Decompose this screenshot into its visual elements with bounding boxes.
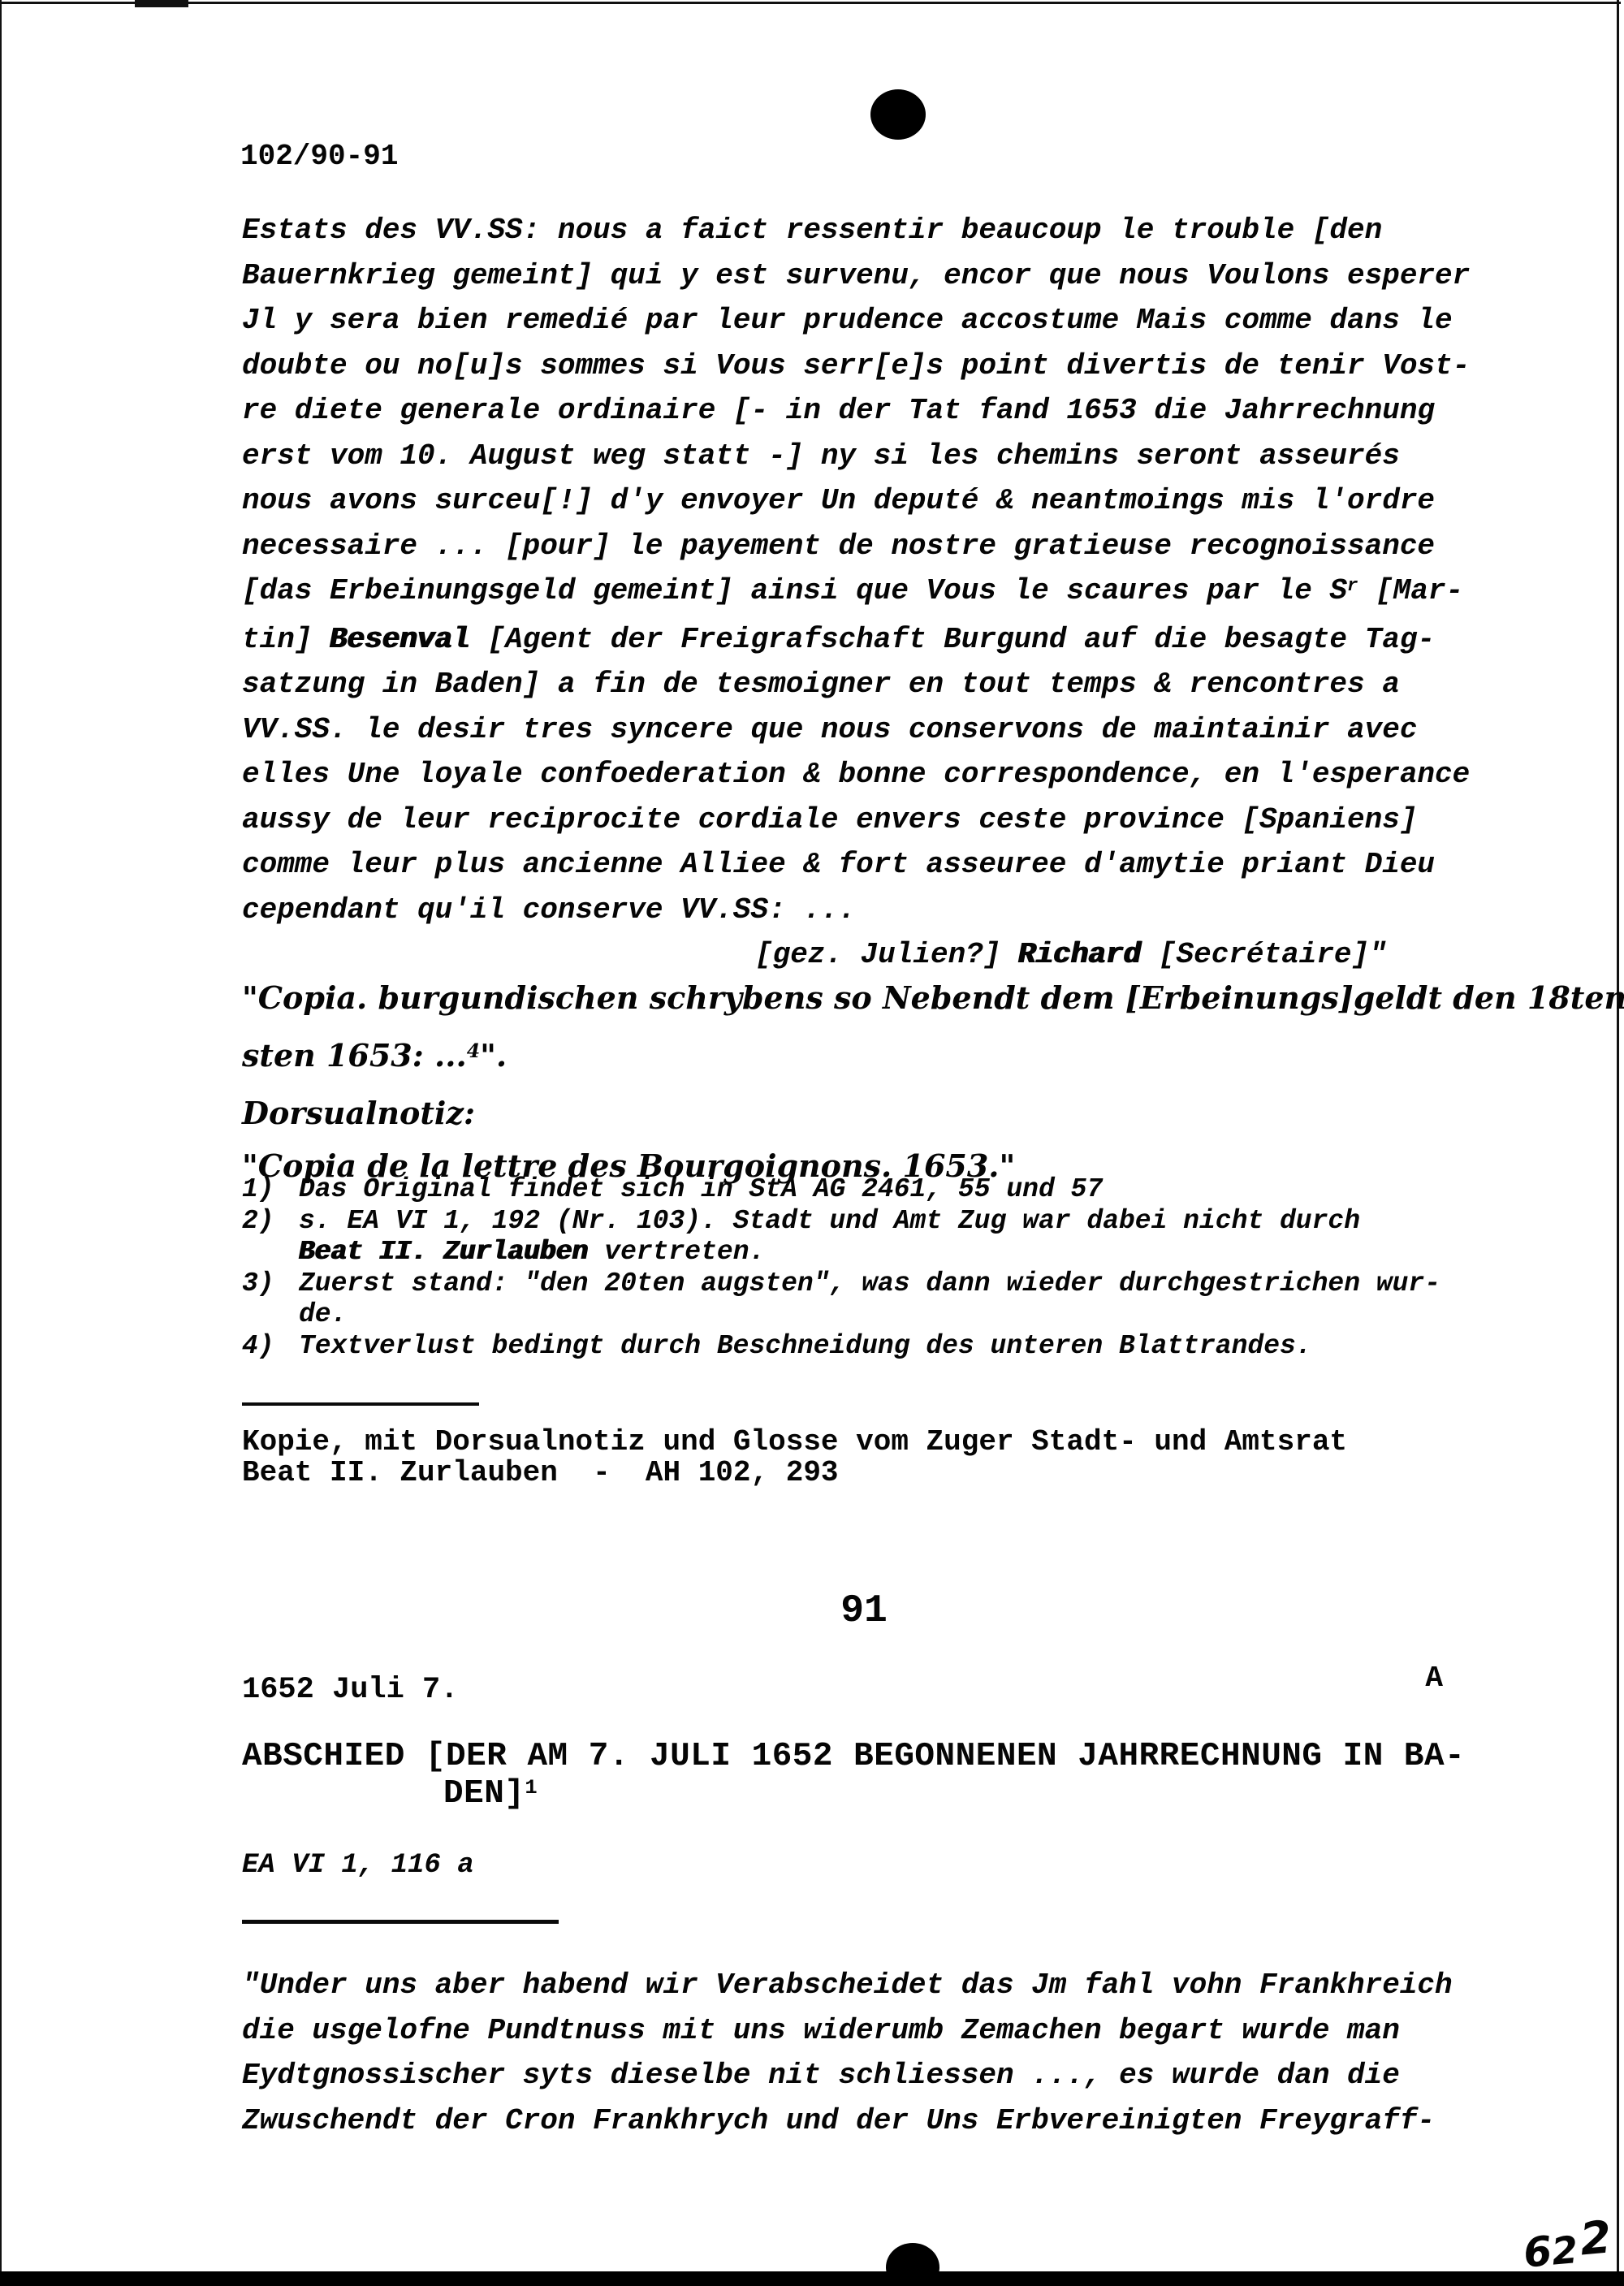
text-line: erst vom 10. August weg statt -] ny si l… <box>242 434 1470 479</box>
text-line: necessaire ... [pour] le payement de nos… <box>242 524 1470 569</box>
text-segment: 6 <box>1522 2228 1554 2277</box>
text-segment: Estats des VV.SS: nous a faict ressentir… <box>242 214 1382 247</box>
text-segment: Beat II. Zurlauben <box>299 1237 588 1267</box>
text-line: 3)Zuerst stand: "den 20ten augsten", was… <box>242 1268 1440 1300</box>
text-line: Jl y sera bien remedié par leur prudence… <box>242 298 1470 344</box>
text-line: DEN]1 <box>242 1775 1465 1816</box>
text-segment: Kopie, mit Dorsualnotiz und Glosse vom Z… <box>242 1425 1347 1458</box>
text-line: aussy de leur reciprocite cordiale enver… <box>242 797 1470 843</box>
text-segment: die usgelofne Pundtnuss mit uns widerumb… <box>242 2014 1400 2047</box>
text-segment: 4) <box>242 1331 299 1363</box>
text-line: 4)Textverlust bedingt durch Beschneidung… <box>242 1331 1440 1363</box>
text-line: doubte ou no[u]s sommes si Vous serr[e]s… <box>242 344 1470 389</box>
text-segment: DEN] <box>443 1775 525 1813</box>
text-segment: doubte ou no[u]s sommes si Vous serr[e]s… <box>242 349 1470 382</box>
superscript: r <box>1347 575 1358 596</box>
text-line: Bauernkrieg gemeint] qui y est survenu, … <box>242 253 1470 299</box>
text-segment: re diete generale ordinaire [- in der Ta… <box>242 394 1435 427</box>
entry-header-row: 1652 Juli 7. A <box>242 1673 1443 1707</box>
text-segment: Textverlust bedingt durch Beschneidung d… <box>299 1331 1312 1361</box>
text-line: VV.SS. le desir tres syncere que nous co… <box>242 707 1470 753</box>
text-segment: [gez. Julien?] <box>755 938 1018 971</box>
text-segment: erst vom 10. August weg statt -] ny si l… <box>242 439 1400 473</box>
letter-transcription: Estats des VV.SS: nous a faict ressentir… <box>242 208 1470 978</box>
text-segment: "Under uns aber habend wir Verabscheidet… <box>242 1968 1453 2002</box>
text-line: de. <box>242 1299 1440 1331</box>
text-line: 1)Das Original findet sich in StA AG 246… <box>242 1174 1440 1206</box>
handwritten-folio-number: 622 <box>1521 2218 1613 2277</box>
page-border-top <box>0 2 1621 4</box>
page-border-left <box>0 0 2 2286</box>
scan-bottom-band <box>0 2271 1624 2286</box>
text-segment: [Agent der Freigrafschaft Burgund auf di… <box>470 623 1435 656</box>
text-line: ABSCHIED [DER AM 7. JULI 1652 BEGONNENEN… <box>242 1738 1465 1775</box>
text-segment: satzung in Baden] a fin de tesmoigner en… <box>242 668 1400 701</box>
text-segment: aussy de leur reciprocite cordiale enver… <box>242 803 1417 836</box>
text-segment: tin] <box>242 623 330 656</box>
scanned-document-page: 102/90-91 Estats des VV.SS: nous a faict… <box>0 0 1624 2286</box>
text-line: [das Erbeinungsgeld gemeint] ainsi que V… <box>242 568 1470 617</box>
text-segment: vertreten. <box>588 1237 765 1267</box>
text-line: "Under uns aber habend wir Verabscheidet… <box>242 1963 1453 2008</box>
text-segment: necessaire ... [pour] le payement de nos… <box>242 529 1435 563</box>
text-segment: s. EA VI 1, 192 (Nr. 103). Stadt und Amt… <box>299 1206 1360 1236</box>
text-segment: 2 <box>1578 2210 1613 2265</box>
text-segment: Zwuschendt der Cron Frankhrych und der U… <box>242 2104 1435 2137</box>
separator-rule-above-source <box>242 1402 479 1406</box>
entry-section-marker: A <box>1425 1662 1443 1696</box>
excerpt-transcription: "Under uns aber habend wir Verabscheidet… <box>242 1963 1453 2143</box>
text-segment: Eydtgnossischer syts dieselbe nit schlie… <box>242 2059 1400 2092</box>
text-segment: Bauernkrieg gemeint] qui y est survenu, … <box>242 259 1470 292</box>
text-segment: Jl y sera bien remedié par leur prudence… <box>242 304 1453 337</box>
superscript: 1 <box>525 1776 538 1800</box>
text-segment: Besenval <box>330 623 470 656</box>
text-line: Estats des VV.SS: nous a faict ressentir… <box>242 208 1470 253</box>
text-segment: [das Erbeinungsgeld gemeint] ainsi que V… <box>242 574 1347 607</box>
text-segment: Beat II. Zurlauben - AH 102, 293 <box>242 1456 839 1489</box>
page-border-top-thick-segment <box>135 0 188 7</box>
source-note: Kopie, mit Dorsualnotiz und Glosse vom Z… <box>242 1427 1347 1489</box>
text-segment: 2) <box>242 1206 299 1238</box>
text-segment: nous avons surceu[!] d'y envoyer Un depu… <box>242 484 1435 517</box>
text-line: comme leur plus ancienne Alliee & fort a… <box>242 842 1470 888</box>
text-line: Dorsualnotiz: <box>242 1087 1624 1139</box>
text-segment: sten 1653: ... <box>242 1037 467 1074</box>
text-segment: Das Original findet sich in StA AG 2461,… <box>299 1174 1103 1204</box>
text-segment: ". <box>480 1037 507 1074</box>
text-segment: Zuerst stand: "den 20ten augsten", was d… <box>299 1268 1440 1299</box>
separator-rule-below-reference <box>242 1920 559 1924</box>
scan-dot-top <box>870 89 926 140</box>
text-line: Beat II. Zurlauben vertreten. <box>242 1237 1440 1268</box>
text-segment: de. <box>299 1299 347 1329</box>
text-line: cependant qu'il conserve VV.SS: ... <box>242 888 1470 933</box>
text-segment: cependant qu'il conserve VV.SS: ... <box>242 893 856 927</box>
text-segment: Richard <box>1018 938 1141 971</box>
entry-reference: EA VI 1, 116 a <box>242 1850 474 1881</box>
text-segment: [Secrétaire]" <box>1141 938 1386 971</box>
text-line: Zwuschendt der Cron Frankhrych und der U… <box>242 2098 1453 2144</box>
text-segment: VV.SS. le desir tres syncere que nous co… <box>242 713 1417 746</box>
footnotes: 1)Das Original findet sich in StA AG 246… <box>242 1174 1440 1362</box>
text-line: "Copia. burgundischen schrybens so Neben… <box>242 971 1624 1029</box>
page-number: 102/90-91 <box>240 140 398 173</box>
entry-date: 1652 Juli 7. <box>242 1673 458 1707</box>
text-line: Eydtgnossischer syts dieselbe nit schlie… <box>242 2053 1453 2098</box>
text-segment: [Mar- <box>1358 574 1463 607</box>
text-line: Kopie, mit Dorsualnotiz und Glosse vom Z… <box>242 1427 1347 1458</box>
scan-dot-bottom <box>886 2243 939 2286</box>
entry-title: ABSCHIED [DER AM 7. JULI 1652 BEGONNENEN… <box>242 1738 1465 1816</box>
text-line: satzung in Baden] a fin de tesmoigner en… <box>242 662 1470 707</box>
text-segment: Dorsualnotiz: <box>242 1095 475 1131</box>
text-segment: comme leur plus ancienne Alliee & fort a… <box>242 848 1435 881</box>
text-line: nous avons surceu[!] d'y envoyer Un depu… <box>242 478 1470 524</box>
text-line: tin] Besenval [Agent der Freigrafschaft … <box>242 617 1470 663</box>
text-segment: 1) <box>242 1174 299 1206</box>
text-line: re diete generale ordinaire [- in der Ta… <box>242 388 1470 434</box>
text-line: Beat II. Zurlauben - AH 102, 293 <box>242 1458 1347 1489</box>
text-segment: "Copia. burgundischen schrybens so Neben… <box>242 979 1624 1016</box>
text-line: die usgelofne Pundtnuss mit uns widerumb… <box>242 2008 1453 2054</box>
text-line: elles Une loyale confoederation & bonne … <box>242 752 1470 797</box>
text-line: sten 1653: ...4". <box>242 1029 1624 1087</box>
text-segment: 2 <box>1550 2228 1583 2274</box>
text-segment: ABSCHIED [DER AM 7. JULI 1652 BEGONNENEN… <box>242 1738 1465 1775</box>
superscript: 4 <box>467 1039 480 1062</box>
text-segment: elles Une loyale confoederation & bonne … <box>242 758 1470 791</box>
text-line: 2)s. EA VI 1, 192 (Nr. 103). Stadt und A… <box>242 1206 1440 1238</box>
entry-number: 91 <box>242 1589 1486 1633</box>
text-segment: 3) <box>242 1268 299 1300</box>
archival-note-script: "Copia. burgundischen schrybens so Neben… <box>242 971 1624 1192</box>
